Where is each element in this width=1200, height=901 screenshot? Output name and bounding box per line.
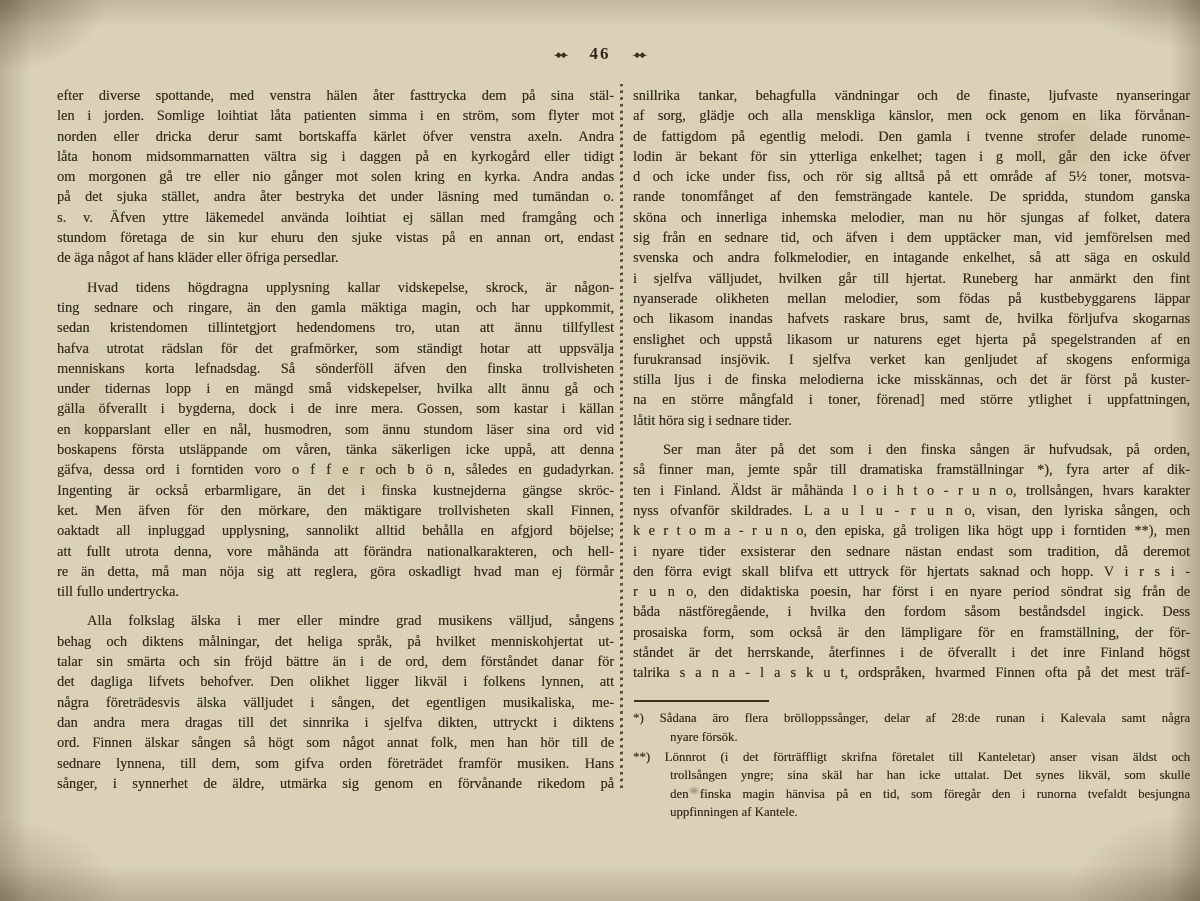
text-line: låtit höra sig i sednare tider. (633, 411, 1190, 431)
text-line: och likasom inandas hafvets raskare brus… (633, 309, 1190, 329)
text-line: norden eller dricka derur samt bortskaff… (57, 127, 614, 147)
text-line: ord. Finnen älskar sången så högt som nå… (57, 733, 614, 753)
text-line: re än detta, må man nöja sig att reglera… (57, 562, 614, 582)
text-line: svenska och andra folkmelodier, en intag… (633, 248, 1190, 268)
text-line: snillrika tankar, behagfulla vändningar … (633, 86, 1190, 106)
text-line: låta honom midsommarnatten vältra sig i … (57, 147, 614, 167)
left-paragraph-1: efter diverse spottande, med venstra häl… (57, 86, 614, 269)
text-line: na en större mångfald i toner, förenad] … (633, 390, 1190, 410)
text-line: ket. Men äfven för den mörkare, den mäkt… (57, 501, 614, 521)
text-line: till fullo undertrycka. (57, 582, 614, 602)
text-line: ten i Finland. Äldst är måhända l o i h … (633, 481, 1190, 501)
text-line: på det sjuka stället, andra åter bestryk… (57, 187, 614, 207)
text-line: d och icke under fiss, och rör sig allts… (633, 167, 1190, 187)
text-line: sedan kristendomen tillintetgjort hedend… (57, 318, 614, 338)
text-line: i sjelfva välljudet, hvilken går till hj… (633, 269, 1190, 289)
footnote-rule (634, 700, 769, 703)
text-line: de äga något af hans kläder eller öfriga… (57, 248, 614, 268)
left-column: efter diverse spottande, med venstra häl… (57, 86, 614, 803)
text-line: de fattigdom på egentlig melodi. Den gam… (633, 127, 1190, 147)
text-line: boskapens första utsläppande om våren, t… (57, 440, 614, 460)
text-line: k e r t o m a - r u n o, den episka, gå … (633, 521, 1190, 541)
text-line: lodin är bekant för sin ytterliga enkelh… (633, 147, 1190, 167)
text-line: den finska magin hänvisa på en tid, som … (633, 785, 1190, 803)
footnote-2: **) Lönnrot (i det förträffligt skrifna … (633, 748, 1190, 822)
text-line: stilla ljus i de finska melodierna icke … (633, 370, 1190, 390)
text-line: efter diverse spottande, med venstra häl… (57, 86, 614, 106)
header-ornament-left-icon: -◆◆- (554, 50, 568, 58)
text-line: sednare lynnena, till dem, som gifva ord… (57, 754, 614, 774)
text-line: stundom företaga de sin kur ehuru den sj… (57, 228, 614, 248)
text-line: rande tonomfånget af den femsträngade ka… (633, 187, 1190, 207)
right-column: snillrika tankar, behagfulla vändningar … (633, 86, 1190, 824)
text-line: nyss ofvanför skildrades. L a u l u - r … (633, 501, 1190, 521)
page-number: 46 (590, 44, 611, 64)
footnote-1: *) Sådana äro flera brölloppssånger, del… (633, 709, 1190, 746)
text-line: gälla öfverallt i bygderna, dock i de in… (57, 399, 614, 419)
text-line: talrika s a n a - l a s k u t, ordspråke… (633, 663, 1190, 683)
text-line: trollsången yngre; sina skäl har han ick… (633, 766, 1190, 784)
text-line: Ser man åter på det som i den finska sån… (633, 440, 1190, 460)
text-line: prosaiska form, som också är den lämplig… (633, 623, 1190, 643)
text-line: r u n o, den didaktiska poesin, har förs… (633, 582, 1190, 602)
text-line: dan andra mera dragas till det sinnrika … (57, 713, 614, 733)
text-line: uppfinningen af Kantele. (633, 803, 1190, 821)
text-line: len i jorden. Somlige loihtiat låta pati… (57, 106, 614, 126)
text-line: Alla folkslag älska i mer eller mindre g… (57, 611, 614, 631)
text-line: nyanserade olikheten mellan melodier, so… (633, 289, 1190, 309)
text-line: Ingenting är också erbarmligare, än det … (57, 481, 614, 501)
text-line: sköna och innerliga inhemska melodier, m… (633, 208, 1190, 228)
text-line: **) Lönnrot (i det förträffligt skrifna … (633, 748, 1190, 766)
column-divider (620, 84, 623, 790)
text-line: sig från en sednare tid, och äfven i dem… (633, 228, 1190, 248)
text-line: i nyare tider exsisterar den sednare näs… (633, 542, 1190, 562)
text-line: *) Sådana äro flera brölloppssånger, del… (633, 709, 1190, 727)
text-line: menniskans korta lefnadsdag. Så sönderfö… (57, 359, 614, 379)
text-line: den förra evigt skall blifva ett uttryck… (633, 562, 1190, 582)
text-line: ståndet är det herrskande, återfinnes i … (633, 643, 1190, 663)
text-line: oaktadt all inpluggad upplysning, sannol… (57, 521, 614, 541)
right-paragraph-1: snillrika tankar, behagfulla vändningar … (633, 86, 1190, 431)
header-ornament-right-icon: -◆◆- (633, 50, 647, 58)
text-line: några företrädesvis älska välljudet i så… (57, 693, 614, 713)
left-paragraph-3: Alla folkslag älska i mer eller mindre g… (57, 611, 614, 794)
text-line: en kopparslant eller en nål, husmodren, … (57, 420, 614, 440)
text-line: s. v. Äfven yttre läkemedel använda loih… (57, 208, 614, 228)
left-paragraph-2: Hvad tidens högdragna upplysning kallar … (57, 278, 614, 603)
text-line: om morgonen gå tre eller nio gånger mot … (57, 167, 614, 187)
text-line: talar sin smärta och sin fröjd bättre än… (57, 652, 614, 672)
text-line: nyare försök. (633, 728, 1190, 746)
text-line: att fullt utrota denna, vore måhända att… (57, 542, 614, 562)
text-line: Hvad tidens högdragna upplysning kallar … (57, 278, 614, 298)
text-line: hafva utrotat rädslan för det grafmörker… (57, 339, 614, 359)
text-line: enslighet och uppstå likasom ur naturens… (633, 330, 1190, 350)
text-line: ting sednare och ringare, än den gamla m… (57, 298, 614, 318)
text-line: under tidernas lopp i en mängd små vidsk… (57, 379, 614, 399)
text-line: sånger, i synnerhet de äldre, utmärka si… (57, 774, 614, 794)
page-header: -◆◆- 46 -◆◆- (554, 44, 646, 64)
text-line: gäfva, dessa ord i forntiden voro o f f … (57, 460, 614, 480)
text-line: furukransad insjövik. I sjelfva verket k… (633, 350, 1190, 370)
text-line: så finner man, jemte spår till dramatisk… (633, 460, 1190, 480)
book-page: -◆◆- 46 -◆◆- efter diverse spottande, me… (0, 0, 1200, 901)
text-line: af sorg, glädje och alla menskliga känsl… (633, 106, 1190, 126)
text-line: det dagliga lifvets behofver. Den olikhe… (57, 672, 614, 692)
text-line: behag och diktens målningar, det heliga … (57, 632, 614, 652)
text-line: båda nästföregående, i hvilka den fordom… (633, 602, 1190, 622)
right-paragraph-2: Ser man åter på det som i den finska sån… (633, 440, 1190, 684)
